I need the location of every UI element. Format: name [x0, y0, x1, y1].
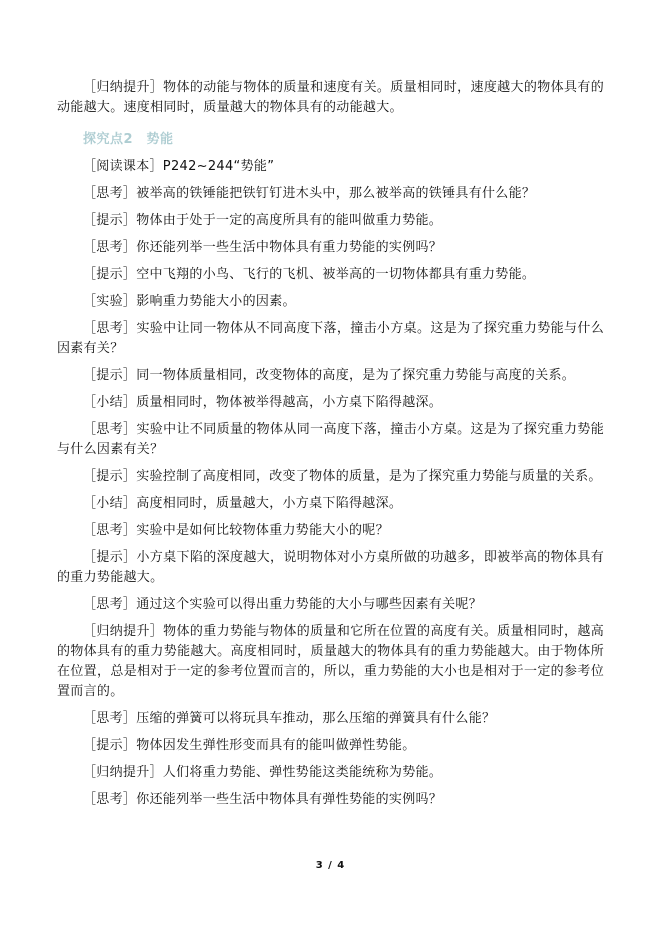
paragraph-hint-elastic-pe: ［提示］物体因发生弹性形变而具有的能叫做弹性势能。: [57, 736, 604, 756]
paragraph-think-different-mass: ［思考］实验中让不同质量的物体从同一高度下落，撞击小方桌。这是为了探究重力势能与…: [57, 420, 604, 460]
paragraph-read-textbook: ［阅读课本］P242~244“势能”: [57, 157, 604, 177]
paragraph-hint-mass-relation: ［提示］实验控制了高度相同，改变了物体的质量，是为了探究重力势能与质量的关系。: [57, 467, 604, 487]
paragraph-hint-height-relation: ［提示］同一物体质量相同，改变物体的高度，是为了探究重力势能与高度的关系。: [57, 366, 604, 386]
document-body: ［归纳提升］物体的动能与物体的质量和速度有关。质量相同时，速度越大的物体具有的动…: [57, 78, 604, 817]
section-heading: 探究点2 势能: [57, 130, 604, 150]
paragraph-think-examples-gpe: ［思考］你还能列举一些生活中物体具有重力势能的实例吗？: [57, 238, 604, 258]
paragraph-summary-potential-energy: ［归纳提升］人们将重力势能、弹性势能这类能统称为势能。: [57, 763, 604, 783]
paragraph-think-compare-gpe: ［思考］实验中是如何比较物体重力势能大小的呢？: [57, 521, 604, 541]
paragraph-experiment-factors: ［实验］影响重力势能大小的因素。: [57, 292, 604, 312]
paragraph-summary-kinetic-energy: ［归纳提升］物体的动能与物体的质量和速度有关。质量相同时，速度越大的物体具有的动…: [57, 78, 604, 118]
paragraph-think-elastic-examples: ［思考］你还能列举一些生活中物体具有弹性势能的实例吗？: [57, 790, 604, 810]
paragraph-hint-examples-gpe: ［提示］空中飞翔的小鸟、飞行的飞机、被举高的一切物体都具有重力势能。: [57, 265, 604, 285]
paragraph-think-spring: ［思考］压缩的弹簧可以将玩具车推动，那么压缩的弹簧具有什么能？: [57, 709, 604, 729]
paragraph-think-same-object: ［思考］实验中让同一物体从不同高度下落，撞击小方桌。这是为了探究重力势能与什么因…: [57, 319, 604, 359]
paragraph-hint-gravitational-pe: ［提示］物体由于处于一定的高度所具有的能叫做重力势能。: [57, 211, 604, 231]
paragraph-summary-gpe-factors: ［归纳提升］物体的重力势能与物体的质量和它所在位置的高度有关。质量相同时，越高的…: [57, 622, 604, 702]
paragraph-think-hammer: ［思考］被举高的铁锤能把铁钉钉进木头中，那么被举高的铁锤具有什么能？: [57, 184, 604, 204]
page-number: 3 / 4: [0, 860, 661, 871]
paragraph-think-conclusion: ［思考］通过这个实验可以得出重力势能的大小与哪些因素有关呢？: [57, 595, 604, 615]
document-page: ［归纳提升］物体的动能与物体的质量和速度有关。质量相同时，速度越大的物体具有的动…: [0, 0, 661, 935]
paragraph-summary-same-mass: ［小结］质量相同时，物体被举得越高，小方桌下陷得越深。: [57, 393, 604, 413]
paragraph-hint-depth: ［提示］小方桌下陷的深度越大，说明物体对小方桌所做的功越多，即被举高的物体具有的…: [57, 548, 604, 588]
paragraph-summary-same-height: ［小结］高度相同时，质量越大，小方桌下陷得越深。: [57, 494, 604, 514]
